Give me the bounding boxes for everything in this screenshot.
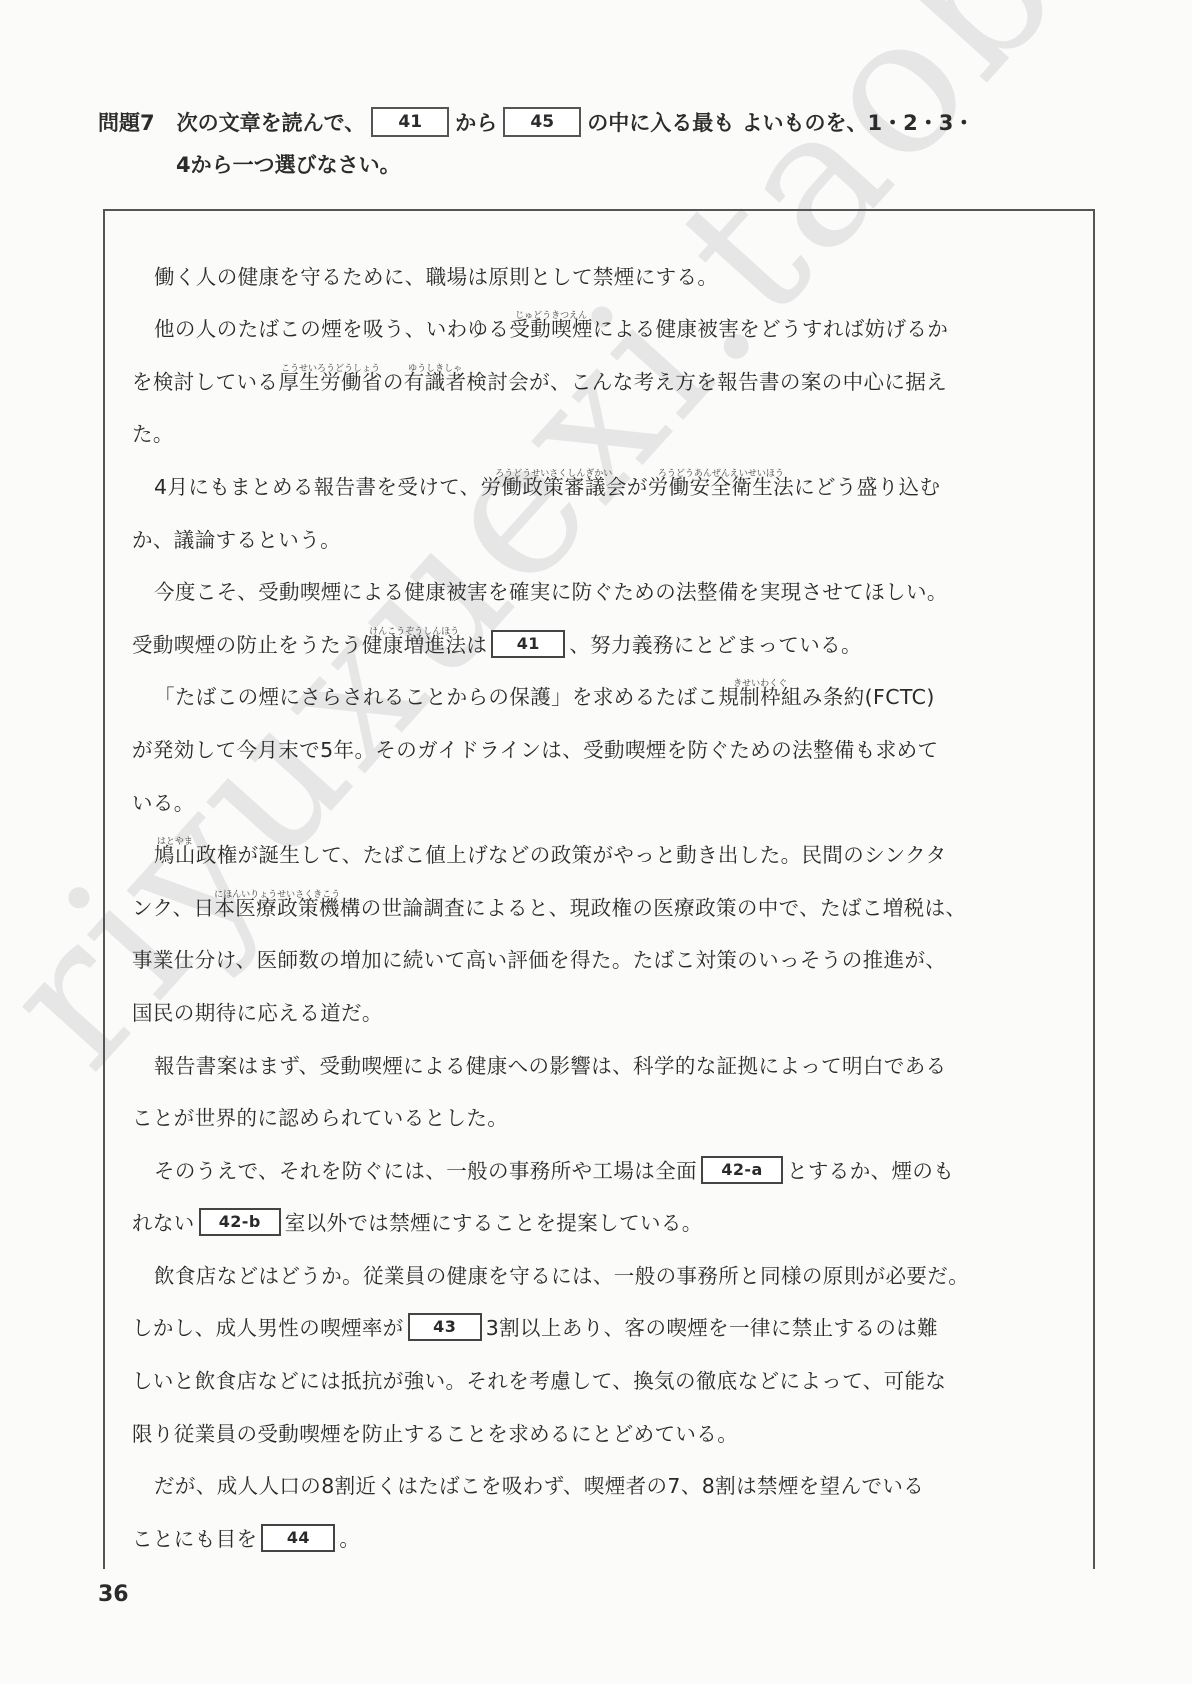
instruction-text-after: の中に入る最も よいものを、1・2・3・ (587, 107, 974, 137)
passage-text-segment: 限り従業員の受動喫煙を防止することを求めるにとどめている。 (132, 1421, 738, 1447)
passage-text-segment: 報告書案はまず、受動喫煙による健康への影響は、科学的な証拠によって明白である (154, 1053, 947, 1079)
passage-line: が発効して今月末で5年。そのガイドラインは、受動喫煙を防ぐための法整備も求めて (132, 710, 1072, 763)
passage-line: 事業仕分け、医師数の増加に続いて高い評価を得た。たばこ対策のいっそうの推進が、 (132, 921, 1072, 974)
passage-text-segment: 「たばこの煙にさらされることからの保護」を求めるたばこ (154, 684, 718, 710)
passage-text-segment: れない (132, 1210, 195, 1236)
passage-line: 国民の期待に応える道だ。 (132, 973, 1072, 1026)
passage-text-segment: 飲食店などはどうか。従業員の健康を守るには、一般の事務所と同様の原則が必要だ。 (154, 1263, 969, 1289)
passage-text-segment: か、議論するという。 (132, 527, 341, 553)
passage-text-segment: にどう盛り込む (794, 474, 940, 500)
instruction-text-middle: から (455, 107, 497, 137)
passage-line: 限り従業員の受動喫煙を防止することを求めるにとどめている。 (132, 1394, 1072, 1447)
passage-text-segment: 、努力義務にとどまっている。 (569, 632, 862, 658)
question-label: 問題7 (98, 107, 155, 137)
passage-text-segment: しいと飲食店などには抵抗が強い。それを考慮して、換気の徹底などによって、可能な (132, 1368, 946, 1394)
furigana-reading: ろうどうあんぜんえいせいほう (648, 461, 794, 487)
passage-line: 「たばこの煙にさらされることからの保護」を求めるたばこきせいわくぐ規制枠組み条約… (132, 658, 1072, 711)
furigana-word: にほんいりょうせいさくきこう日本医療政策機構 (193, 895, 360, 921)
passage-text-segment: 国民の期待に応える道だ。 (132, 1000, 383, 1026)
furigana-word: ろうどうせいさくしんぎかい労働政策審議会 (481, 474, 627, 500)
answer-blank-box: 42-b (199, 1208, 281, 1236)
furigana-word: はとやま鳩山 (154, 842, 196, 868)
passage-line: しいと飲食店などには抵抗が強い。それを考慮して、換気の徹底などによって、可能な (132, 1341, 1072, 1394)
blank-range-end-box: 45 (503, 107, 581, 137)
furigana-reading: きせいわくぐ (718, 671, 802, 697)
furigana-word: ゆうしきしゃ有識者 (404, 369, 467, 395)
passage-text-segment: 事業仕分け、医師数の増加に続いて高い評価を得た。たばこ対策のいっそうの推進が、 (132, 947, 946, 973)
furigana-word: きせいわくぐ規制枠組 (718, 684, 802, 710)
passage-text-segment: 政権が誕生して、たばこ値上げなどの政策がやっと動き出した。民間のシンクタ (196, 842, 947, 868)
furigana-reading: ゆうしきしゃ (404, 356, 467, 382)
passage-line: 働く人の健康を守るために、職場は原則として禁煙にする。 (132, 237, 1072, 290)
passage-line: はとやま鳩山政権が誕生して、たばこ値上げなどの政策がやっと動き出した。民間のシン… (132, 816, 1072, 869)
passage-line: た。 (132, 395, 1072, 448)
passage-text-segment: が (627, 474, 648, 500)
passage-line: 報告書案はまず、受動喫煙による健康への影響は、科学的な証拠によって明白である (132, 1026, 1072, 1079)
passage-line: いる。 (132, 763, 1072, 816)
passage-text-segment: ことにも目を (132, 1526, 257, 1552)
passage-text-segment: そのうえで、それを防ぐには、一般の事務所や工場は全面 (154, 1158, 697, 1184)
passage-line: だが、成人人口の8割近くはたばこを吸わず、喫煙者の7、8割は禁煙を望んでいる (132, 1447, 1072, 1500)
passage-line: か、議論するという。 (132, 500, 1072, 553)
furigana-word: こうせいろうどうしょう厚生労働省 (278, 369, 383, 395)
passage-text-segment: 4月にもまとめる報告書を受けて、 (154, 474, 481, 500)
passage-text-segment: 働く人の健康を守るために、職場は原則として禁煙にする。 (154, 264, 718, 290)
passage-text-segment: しかし、成人男性の喫煙率が (132, 1315, 404, 1341)
furigana-word: けんこうぞうしんほう健康増進法 (362, 632, 467, 658)
passage-text-segment: は (466, 632, 487, 658)
passage-text-segment: を検討している (132, 369, 278, 395)
furigana-word: ろうどうあんぜんえいせいほう労働安全衛生法 (648, 474, 794, 500)
blank-range-start-box: 41 (371, 107, 449, 137)
passage-text-segment: だが、成人人口の8割近くはたばこを吸わず、喫煙者の7、8割は禁煙を望んでいる (154, 1473, 924, 1499)
passage-line: そのうえで、それを防ぐには、一般の事務所や工場は全面42-aとするか、煙のも (132, 1131, 1072, 1184)
passage-line: 他の人のたばこの煙を吸う、いわゆるじゅどうきつえん受動喫煙による健康被害をどうす… (132, 290, 1072, 343)
answer-blank-box: 44 (261, 1524, 335, 1552)
passage-text: 働く人の健康を守るために、職場は原則として禁煙にする。他の人のたばこの煙を吸う、… (132, 237, 1072, 1552)
passage-line: 4月にもまとめる報告書を受けて、ろうどうせいさくしんぎかい労働政策審議会がろうど… (132, 447, 1072, 500)
page-number: 36 (98, 1582, 129, 1607)
furigana-reading: こうせいろうどうしょう (278, 356, 383, 382)
instruction-text-line2: 4から一つ選びなさい。 (176, 149, 401, 179)
passage-line: 受動喫煙の防止をうたうけんこうぞうしんほう健康増進法は41、努力義務にとどまって… (132, 605, 1072, 658)
passage-text-segment: が発効して今月末で5年。そのガイドラインは、受動喫煙を防ぐための法整備も求めて (132, 737, 938, 763)
passage-text-segment: の世論調査によると、現政権の医療政策の中で、たばこ増税は、 (361, 895, 967, 921)
passage-text-segment: た。 (132, 421, 174, 447)
passage-text-segment: 他の人のたばこの煙を吸う、いわゆる (154, 316, 509, 342)
answer-blank-box: 42-a (701, 1156, 783, 1184)
answer-blank-box: 41 (491, 630, 565, 658)
passage-box: 働く人の健康を守るために、職場は原則として禁煙にする。他の人のたばこの煙を吸う、… (103, 209, 1095, 1569)
passage-line: しかし、成人男性の喫煙率が433割以上あり、客の喫煙を一律に禁止するのは難 (132, 1289, 1072, 1342)
passage-line: ことが世界的に認められているとした。 (132, 1079, 1072, 1132)
furigana-reading: けんこうぞうしんほう (362, 619, 467, 645)
passage-text-segment: とするか、煙のも (787, 1158, 954, 1184)
passage-text-segment: いる。 (132, 790, 195, 816)
furigana-reading: にほんいりょうせいさくきこう (193, 882, 360, 908)
passage-line: ンク、にほんいりょうせいさくきこう日本医療政策機構の世論調査によると、現政権の医… (132, 868, 1072, 921)
passage-text-segment: ンク、 (132, 895, 193, 921)
furigana-word: じゅどうきつえん受動喫煙 (509, 316, 593, 342)
passage-text-segment: 検討会が、こんな考え方を報告書の案の中心に据え (466, 369, 947, 395)
passage-line: 今度こそ、受動喫煙による健康被害を確実に防ぐための法整備を実現させてほしい。 (132, 553, 1072, 606)
question-heading: 問題7 次の文章を読んで、 41 から 45 の中に入る最も よいものを、1・2… (98, 104, 1108, 182)
instruction-text-before: 次の文章を読んで、 (177, 107, 366, 137)
furigana-reading: はとやま (154, 829, 196, 855)
passage-text-segment: ことが世界的に認められているとした。 (132, 1105, 508, 1131)
passage-line: 飲食店などはどうか。従業員の健康を守るには、一般の事務所と同様の原則が必要だ。 (132, 1236, 1072, 1289)
passage-text-segment: 3割以上あり、客の喫煙を一律に禁止するのは難 (486, 1315, 938, 1341)
furigana-reading: じゅどうきつえん (509, 303, 593, 329)
passage-text-segment: 室以外では禁煙にすることを提案している。 (285, 1210, 703, 1236)
passage-text-segment: による健康被害をどうすれば妨げるか (593, 316, 948, 342)
answer-blank-box: 43 (408, 1313, 482, 1341)
passage-text-segment: み条約(FCTC) (802, 684, 935, 710)
furigana-reading: ろうどうせいさくしんぎかい (481, 461, 627, 487)
passage-text-segment: 。 (339, 1526, 360, 1552)
passage-line: れない42-b室以外では禁煙にすることを提案している。 (132, 1184, 1072, 1237)
passage-line: ことにも目を44。 (132, 1499, 1072, 1552)
passage-text-segment: 受動喫煙の防止をうたう (132, 632, 362, 658)
passage-line: を検討しているこうせいろうどうしょう厚生労働省のゆうしきしゃ有識者検討会が、こん… (132, 342, 1072, 395)
passage-text-segment: の (383, 369, 404, 395)
passage-text-segment: 今度こそ、受動喫煙による健康被害を確実に防ぐための法整備を実現させてほしい。 (154, 579, 948, 605)
